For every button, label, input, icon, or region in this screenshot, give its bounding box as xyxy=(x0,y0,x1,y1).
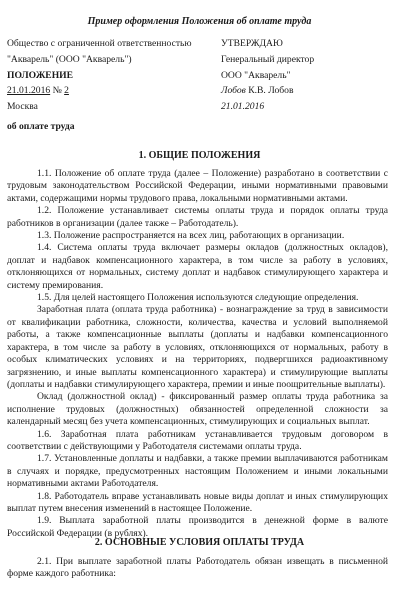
paragraph-1-4: 1.4. Система оплаты труда включает разме… xyxy=(7,242,388,292)
approve-label: УТВЕРЖДАЮ xyxy=(221,38,391,54)
paragraph-1-6: 1.6. Заработная плата работникам устанав… xyxy=(7,429,388,454)
doc-number: 2 xyxy=(64,85,69,96)
doc-date-number: 21.01.2016 № 2 xyxy=(7,85,217,101)
paragraph-1-7: 1.7. Установленные доплаты и надбавки, а… xyxy=(7,453,388,490)
paragraph-salary-definition: Оклад (должностной оклад) - фиксированны… xyxy=(7,391,388,428)
header-right: УТВЕРЖДАЮ Генеральный директор ООО "Аква… xyxy=(221,38,391,117)
org-name-line2: "Акварель" (ООО "Акварель") xyxy=(7,54,217,70)
signature-line: Лобов К.В. Лобов xyxy=(221,85,391,101)
section-2-heading: 2. ОСНОВНЫЕ УСЛОВИЯ ОПЛАТЫ ТРУДА xyxy=(0,537,399,549)
signer-name: К.В. Лобов xyxy=(248,85,293,96)
paragraph-2-1: 2.1. При выплате заработной платы Работо… xyxy=(7,556,388,581)
paragraph-1-1: 1.1. Положение об оплате труда (далее – … xyxy=(7,168,388,205)
city: Москва xyxy=(7,101,217,117)
section-1-body: 1.1. Положение об оплате труда (далее – … xyxy=(7,168,388,540)
section-1-heading: 1. ОБЩИЕ ПОЛОЖЕНИЯ xyxy=(0,150,399,162)
document-title: Пример оформления Положения об оплате тр… xyxy=(0,16,399,28)
approver-position: Генеральный директор xyxy=(221,54,391,70)
doc-subject: об оплате труда xyxy=(7,121,75,133)
org-name-line1: Общество с ограниченной ответственностью xyxy=(7,38,217,54)
paragraph-wage-definition: Заработная плата (оплата труда работника… xyxy=(7,304,388,391)
section-2-body: 2.1. При выплате заработной платы Работо… xyxy=(7,556,388,581)
paragraph-1-2: 1.2. Положение устанавливает системы опл… xyxy=(7,205,388,230)
doc-date: 21.01.2016 xyxy=(7,85,50,96)
approver-org: ООО "Акварель" xyxy=(221,70,391,86)
approve-date: 21.01.2016 xyxy=(221,101,391,117)
paragraph-1-8: 1.8. Работодатель вправе устанавливать н… xyxy=(7,491,388,516)
signature: Лобов xyxy=(221,85,246,96)
paragraph-1-3: 1.3. Положение распространяется на всех … xyxy=(7,230,388,242)
number-sign: № xyxy=(53,85,62,96)
paragraph-1-5: 1.5. Для целей настоящего Положения испо… xyxy=(7,292,388,304)
header-left: Общество с ограниченной ответственностью… xyxy=(7,38,217,117)
doc-type: ПОЛОЖЕНИЕ xyxy=(7,70,217,86)
